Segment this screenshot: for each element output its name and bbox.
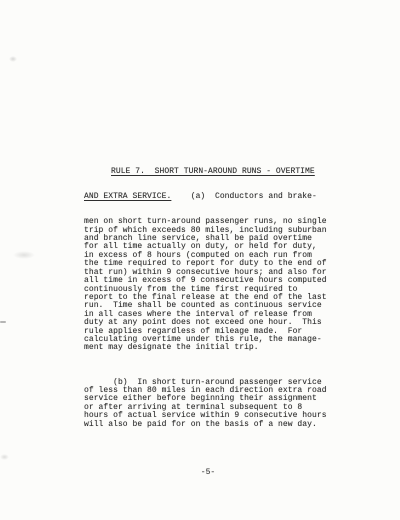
scan-smudge-bottom-left [0, 454, 9, 460]
rule-heading-line2-underlined: AND EXTRA SERVICE. [84, 192, 171, 201]
rule-heading-line2: AND EXTRA SERVICE. (a) Conductors and br… [84, 193, 336, 201]
paragraph-a-lead-in: (a) Conductors and brake- [171, 192, 317, 201]
paragraph-a-body: men on short turn-around passenger runs,… [84, 218, 336, 353]
scan-smudge-mid-left [13, 251, 35, 259]
rule-text-block: RULE 7. SHORT TURN-AROUND RUNS - OVERTIM… [84, 151, 336, 446]
scan-tick-left-edge [0, 321, 6, 323]
rule-heading-line1-text: RULE 7. SHORT TURN-AROUND RUNS - OVERTIM… [111, 167, 315, 176]
rule-heading-line1: RULE 7. SHORT TURN-AROUND RUNS - OVERTIM… [84, 168, 336, 176]
scan-smudge-top-left [9, 56, 17, 62]
page-number: -5- [201, 469, 215, 477]
paragraph-b-body: (b) In short turn-around passenger servi… [84, 379, 336, 429]
scanned-document-page: RULE 7. SHORT TURN-AROUND RUNS - OVERTIM… [0, 0, 400, 520]
